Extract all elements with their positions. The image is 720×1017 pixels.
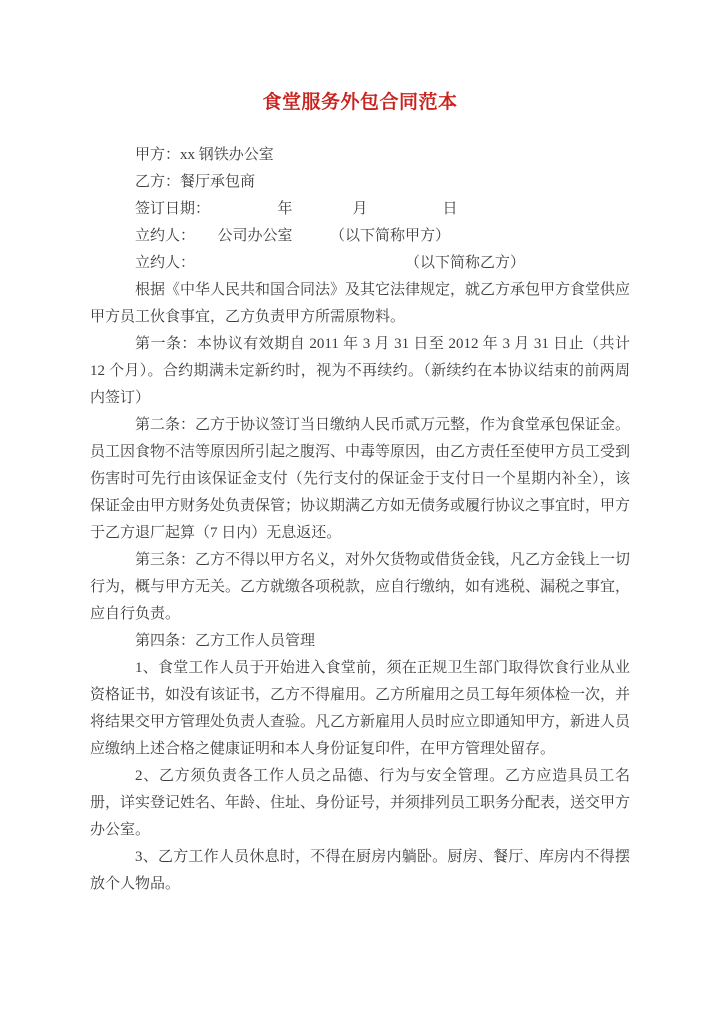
- contract-page: 食堂服务外包合同范本 甲方：xx 钢铁办公室 乙方：餐厅承包商 签订日期： 年 …: [0, 0, 720, 1017]
- article-4-item-2: 2、乙方须负责各工作人员之品德、行为与安全管理。乙方应造具员工名册，详实登记姓名…: [90, 763, 630, 844]
- article-4-heading: 第四条：乙方工作人员管理: [90, 628, 630, 655]
- party-b-line: 乙方：餐厅承包商: [90, 169, 630, 196]
- party-a-line: 甲方：xx 钢铁办公室: [90, 142, 630, 169]
- article-1: 第一条：本协议有效期自 2011 年 3 月 31 日至 2012 年 3 月 …: [90, 331, 630, 412]
- covenanter-a-line: 立约人： 公司办公室 （以下简称甲方）: [90, 223, 630, 250]
- document-body: 甲方：xx 钢铁办公室 乙方：餐厅承包商 签订日期： 年 月 日 立约人： 公司…: [90, 142, 630, 898]
- article-4-item-3: 3、乙方工作人员休息时，不得在厨房内躺卧。厨房、餐厅、库房内不得摆放个人物品。: [90, 844, 630, 898]
- article-4-item-1: 1、食堂工作人员于开始进入食堂前，须在正规卫生部门取得饮食行业从业资格证书，如没…: [90, 655, 630, 763]
- covenanter-b-line: 立约人： （以下简称乙方）: [90, 250, 630, 277]
- article-2: 第二条：乙方于协议签订当日缴纳人民币贰万元整，作为食堂承包保证金。员工因食物不洁…: [90, 412, 630, 547]
- document-viewport: { "page": { "title": "食堂服务外包合同范本", "titl…: [0, 0, 720, 1017]
- sign-date-line: 签订日期： 年 月 日: [90, 196, 630, 223]
- preamble: 根据《中华人民共和国合同法》及其它法律规定，就乙方承包甲方食堂供应甲方员工伙食事…: [90, 277, 630, 331]
- document-title: 食堂服务外包合同范本: [90, 90, 630, 116]
- article-3: 第三条：乙方不得以甲方名义，对外欠货物或借货金钱，凡乙方金钱上一切行为，概与甲方…: [90, 547, 630, 628]
